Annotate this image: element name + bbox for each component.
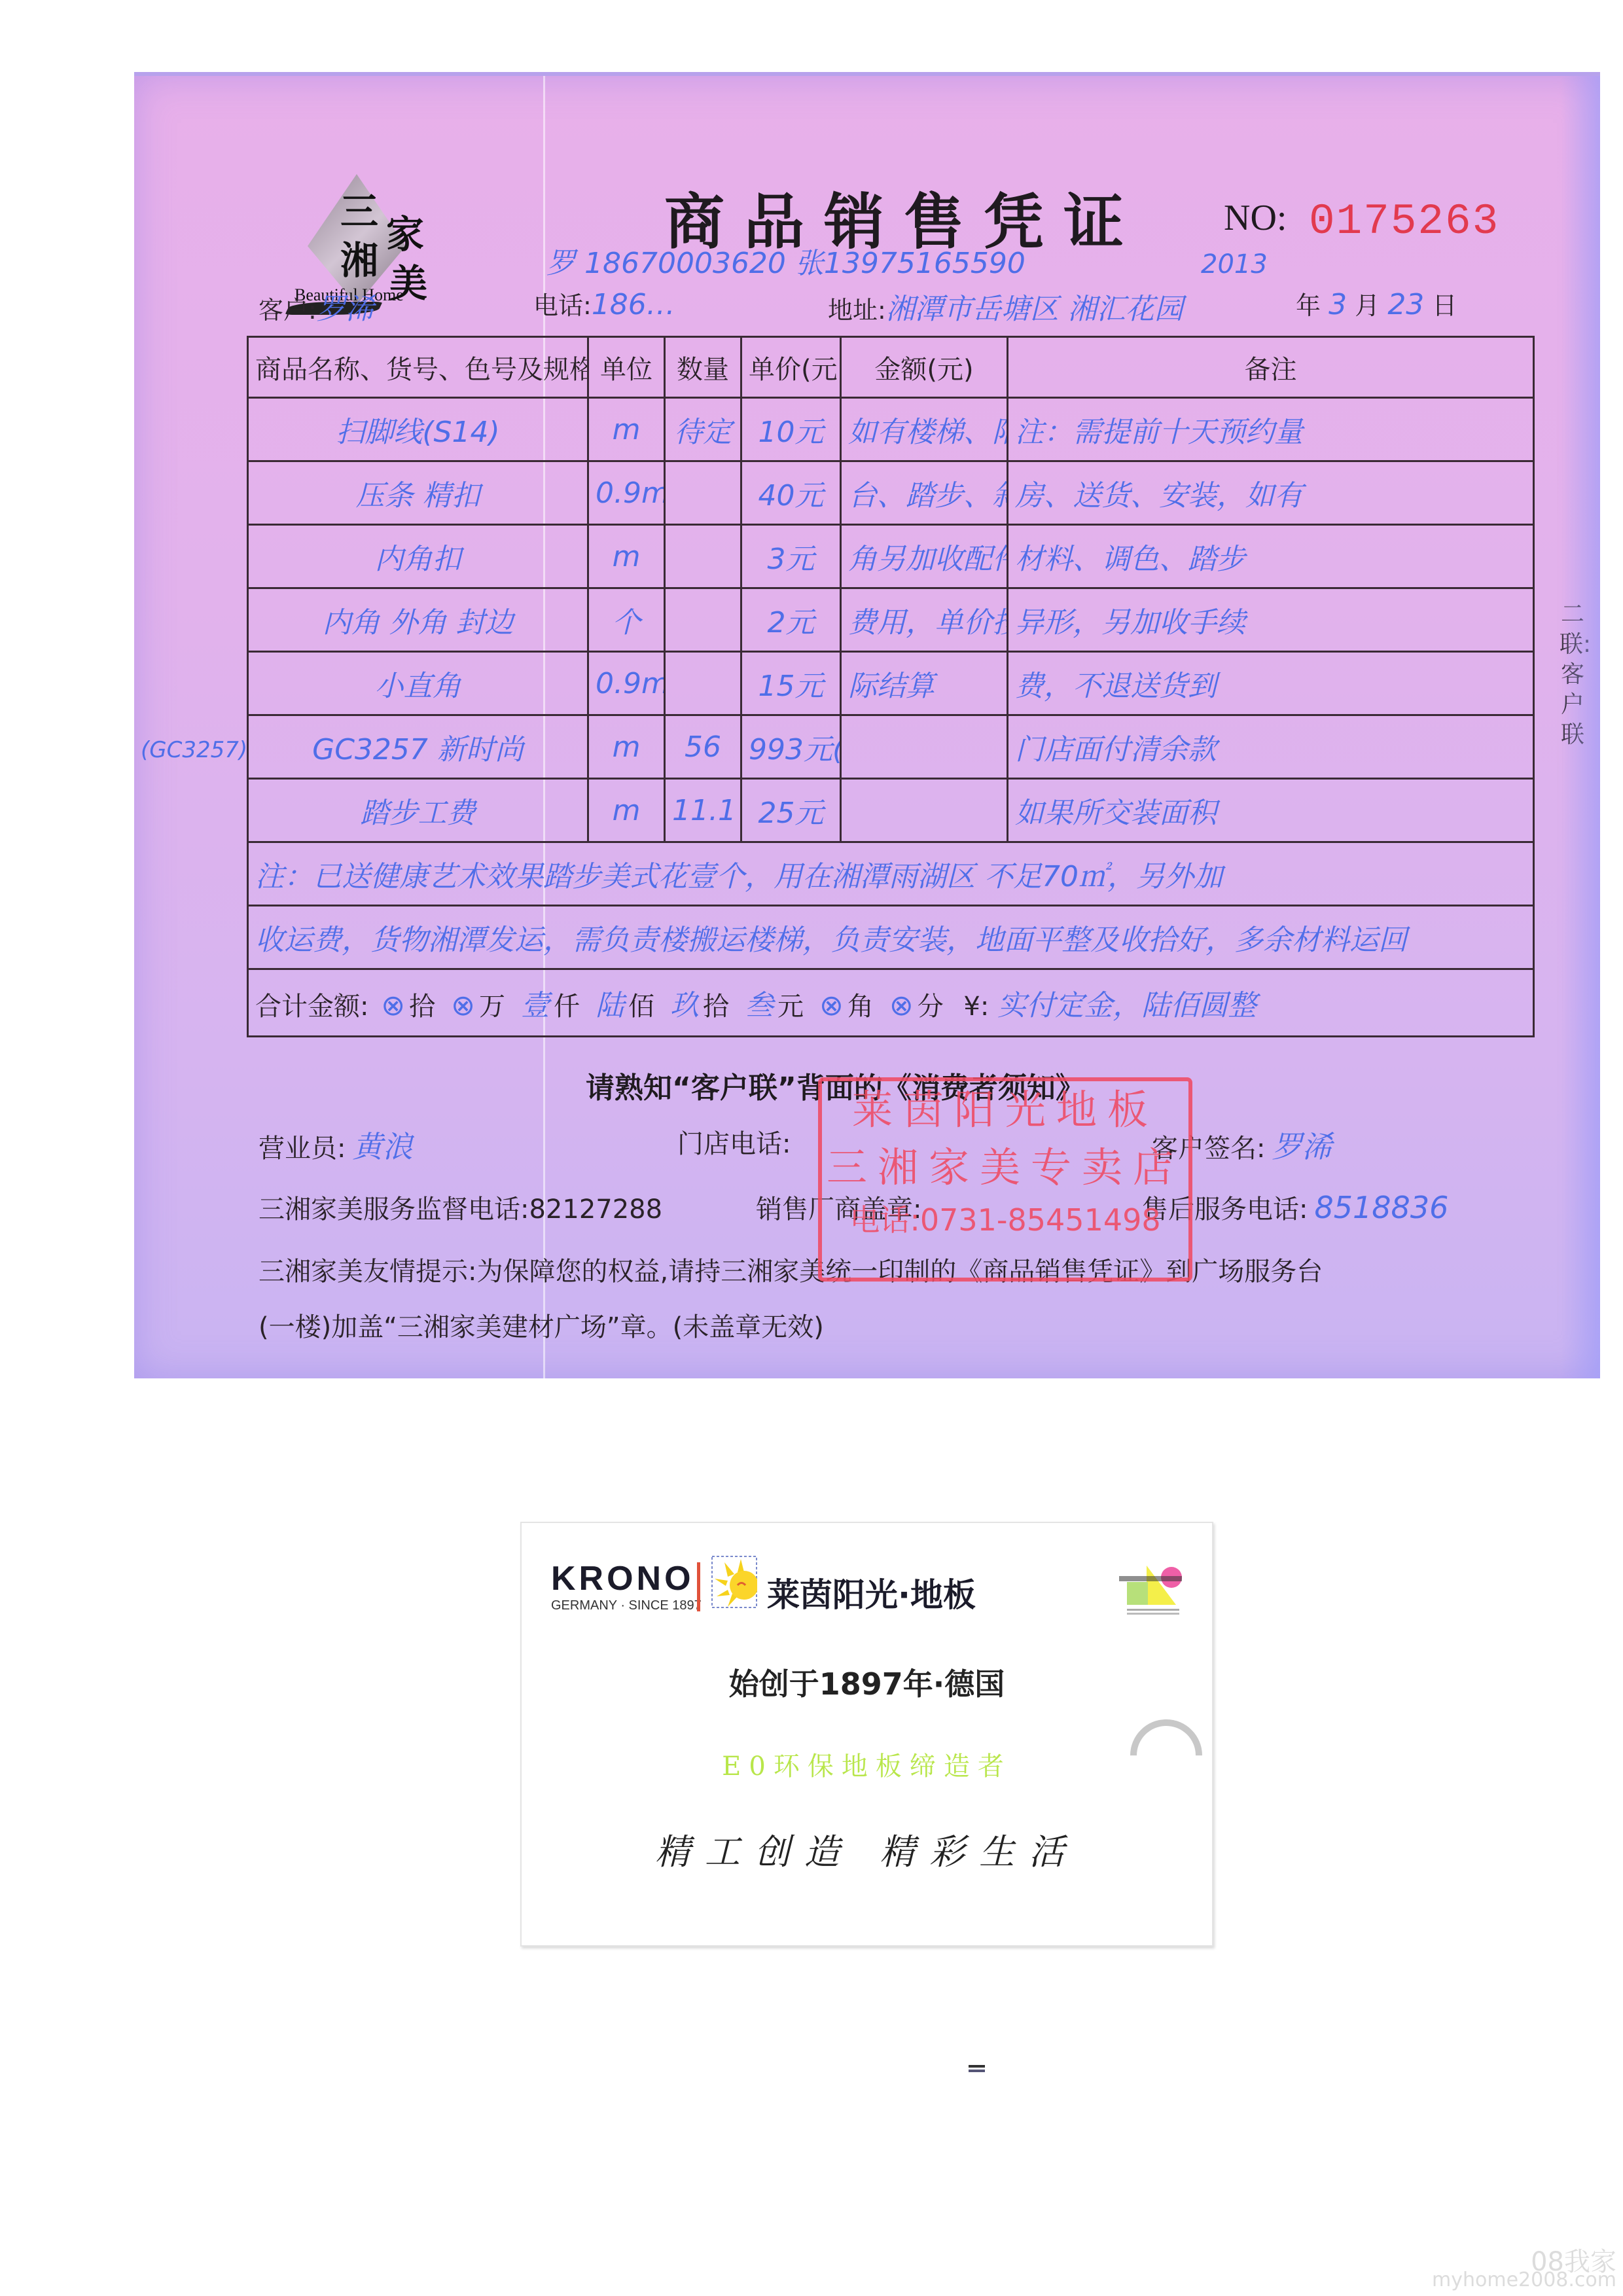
phone-value: 186… xyxy=(592,288,675,321)
cell-name: 压条 精扣 xyxy=(248,461,588,525)
cell-qty: 11.1 xyxy=(665,779,741,842)
total-amount-in-words: ⊗拾⊗万壹仟陆佰玖拾叁元⊗角⊗分 xyxy=(377,992,955,1022)
col-header-amount: 金额(元) xyxy=(841,337,1008,398)
salesperson-field: 营业员:黄浪 xyxy=(259,1123,412,1166)
cell-price: 15元 xyxy=(741,652,841,715)
customer-signature: 罗浠 xyxy=(1272,1129,1332,1164)
address-field: 地址:湘潭市岳塘区 湘汇花园 xyxy=(828,285,1183,327)
decorative-arc-icon xyxy=(1115,1704,1217,1806)
total-unit-label: 仟 xyxy=(554,992,580,1022)
scan-mark xyxy=(969,2065,985,2068)
col-header-price: 单价(元) xyxy=(741,337,841,398)
cell-name: 小直角 xyxy=(248,652,588,715)
sun-icon xyxy=(711,1556,757,1608)
cell-amount xyxy=(841,715,1008,779)
cell-unit: 个 xyxy=(588,588,665,652)
cell-price: 2元 xyxy=(741,588,841,652)
copy-label: 二联:客户联 xyxy=(1560,600,1586,750)
address-value: 湘潭市岳塘区 湘汇花园 xyxy=(886,293,1183,326)
watermark-domain: myhome2008.com xyxy=(1432,2271,1616,2289)
brand-divider xyxy=(697,1562,700,1611)
total-unit-label: 分 xyxy=(918,992,944,1022)
total-digit: 陆 xyxy=(596,989,624,1022)
col-header-name: 商品名称、货号、色号及规格 xyxy=(248,337,588,398)
total-digit: 叁 xyxy=(745,989,774,1022)
cell-remark: 材料、调色、踏步 xyxy=(1008,525,1534,588)
note-row: 注：已送健康艺术效果踏步美式花壹个，用在湘潭雨湖区 不足70㎡，另外加 xyxy=(248,842,1534,906)
address-label: 地址: xyxy=(828,296,886,325)
total-unit-label: 元 xyxy=(777,992,804,1022)
cell-unit: m xyxy=(588,525,665,588)
cell-amount: 费用，单价按实 xyxy=(841,588,1008,652)
cell-remark: 异形，另加收手续 xyxy=(1008,588,1534,652)
table-row: 内角扣m3元角另加收配件材料、调色、踏步 xyxy=(248,525,1534,588)
logo-char: 湘 xyxy=(340,230,378,285)
store-phone-field: 门店电话: xyxy=(677,1123,791,1160)
cell-amount: 如有楼梯、阳 xyxy=(841,398,1008,461)
customer-value: 罗浠 xyxy=(317,293,374,326)
margin-note: (GC3257) xyxy=(141,737,247,763)
supervision-label: 三湘家美服务监督电话: xyxy=(259,1194,529,1225)
sales-table: 商品名称、货号、色号及规格 单位 数量 单价(元) 金额(元) 备注 扫脚线(S… xyxy=(247,336,1535,1037)
stamp-line-3: 电话:0731-85451498 xyxy=(822,1196,1188,1244)
cell-remark: 费，不退送货到 xyxy=(1008,652,1534,715)
salesperson-label: 营业员: xyxy=(259,1134,346,1164)
stamp-line-2: 三湘家美专卖店 xyxy=(822,1139,1188,1196)
day-label: 日 xyxy=(1432,291,1457,320)
cell-name: 踏步工费 xyxy=(248,779,588,842)
note-row: 收运费，货物湘潭发运，需负责楼搬运楼梯，负责安装，地面平整及收拾好，多余材料运回 xyxy=(248,906,1534,969)
total-unit-label: 佰 xyxy=(628,992,654,1022)
total-digit: ⊗ xyxy=(889,989,914,1022)
cell-remark: 门店面付清余款 xyxy=(1008,715,1534,779)
note-line: 收运费，货物湘潭发运，需负责楼搬运楼梯，负责安装，地面平整及收拾好，多余材料运回 xyxy=(248,906,1534,969)
date-field: 年 3 月 23 日 xyxy=(1296,285,1457,321)
eco-slogan: E0环保地板缔造者 xyxy=(522,1746,1212,1783)
supervision-phone-field: 三湘家美服务监督电话:82127288 xyxy=(259,1189,662,1226)
cell-qty xyxy=(665,525,741,588)
cell-unit: m xyxy=(588,779,665,842)
quality-badge-icon xyxy=(1114,1566,1186,1618)
total-digit: ⊗ xyxy=(381,989,405,1022)
cell-name: 内角扣 xyxy=(248,525,588,588)
sales-receipt: 三 湘 家 美 Beautiful Home 商品销售凭证 NO: 017526… xyxy=(134,72,1600,1378)
table-row: 小直角0.9m15元际结算费，不退送货到 xyxy=(248,652,1534,715)
table-header-row: 商品名称、货号、色号及规格 单位 数量 单价(元) 金额(元) 备注 xyxy=(248,337,1534,398)
supervision-phone: 82127288 xyxy=(529,1194,662,1225)
business-card: KRONO GERMANY · SINCE 1897 莱茵阳光·地板 始创于18… xyxy=(520,1522,1213,1946)
table-row: 压条 精扣0.9m40元台、踏步、斜房、送货、安装，如有 xyxy=(248,461,1534,525)
table-row: 扫脚线(S14)m待定10元如有楼梯、阳注：需提前十天预约量 xyxy=(248,398,1534,461)
cell-unit: m xyxy=(588,398,665,461)
month-label: 月 xyxy=(1355,291,1380,320)
handwritten-contacts: 罗 18670003620 张13975165590 xyxy=(546,240,1026,281)
table-row: 内角 外角 封边个2元费用，单价按实异形，另加收手续 xyxy=(248,588,1534,652)
logo-char: 家 xyxy=(386,204,424,259)
total-row: 合计金额: ⊗拾⊗万壹仟陆佰玖拾叁元⊗角⊗分 ¥: 实付定金，陆佰圆整 xyxy=(248,969,1534,1037)
brand-logo: KRONO xyxy=(551,1559,694,1598)
total-unit-label: 角 xyxy=(847,992,874,1022)
friendly-tip-line-2: (一楼)加盖“三湘家美建材广场”章。(未盖章无效) xyxy=(259,1306,824,1344)
deposit-note: 实付定金，陆佰圆整 xyxy=(997,989,1257,1022)
cell-price: 25元 xyxy=(741,779,841,842)
customer-field: 客户:罗浠 xyxy=(259,285,374,327)
total-unit-label: 拾 xyxy=(409,992,435,1022)
store-phone-label: 门店电话: xyxy=(677,1129,791,1159)
total-cell: 合计金额: ⊗拾⊗万壹仟陆佰玖拾叁元⊗角⊗分 ¥: 实付定金，陆佰圆整 xyxy=(248,969,1534,1037)
cell-unit: m xyxy=(588,715,665,779)
cell-amount: 台、踏步、斜 xyxy=(841,461,1008,525)
day-value: 23 xyxy=(1387,288,1424,321)
total-digit: 玖 xyxy=(670,989,699,1022)
cell-remark: 如果所交装面积 xyxy=(1008,779,1534,842)
customer-label: 客户: xyxy=(259,296,317,325)
currency-label: ¥: xyxy=(963,992,989,1022)
cell-price: 993元(总包) xyxy=(741,715,841,779)
founding-slogan: 始创于1897年·德国 xyxy=(522,1660,1212,1704)
cell-price: 10元 xyxy=(741,398,841,461)
receipt-number-label: NO: xyxy=(1224,197,1287,239)
total-digit: 壹 xyxy=(521,989,550,1022)
cell-amount xyxy=(841,779,1008,842)
logo-char: 三 xyxy=(340,181,378,236)
cell-qty: 56 xyxy=(665,715,741,779)
cell-amount: 角另加收配件 xyxy=(841,525,1008,588)
cell-remark: 注：需提前十天预约量 xyxy=(1008,398,1534,461)
brand-chinese-name: 莱茵阳光·地板 xyxy=(767,1569,976,1616)
craft-slogan: 精工创造 精彩生活 xyxy=(522,1824,1212,1874)
red-seal-stamp: 莱茵阳光地板 三湘家美专卖店 电话:0731-85451498 xyxy=(818,1077,1192,1282)
cell-unit: 0.9m xyxy=(588,652,665,715)
col-header-unit: 单位 xyxy=(588,337,665,398)
cell-qty xyxy=(665,652,741,715)
col-header-remark: 备注 xyxy=(1008,337,1534,398)
cell-name: 扫脚线(S14) xyxy=(248,398,588,461)
cell-qty: 待定 xyxy=(665,398,741,461)
phone-field: 电话:186… xyxy=(533,285,675,321)
cell-unit: 0.9m xyxy=(588,461,665,525)
cell-name: GC3257 新时尚 xyxy=(248,715,588,779)
total-unit-label: 万 xyxy=(479,992,505,1022)
table-row: GC3257 新时尚m56993元(总包)门店面付清余款 xyxy=(248,715,1534,779)
salesperson-signature: 黄浪 xyxy=(352,1129,412,1164)
cell-price: 3元 xyxy=(741,525,841,588)
cell-amount: 际结算 xyxy=(841,652,1008,715)
phone-label: 电话: xyxy=(533,291,592,320)
total-label: 合计金额: xyxy=(255,992,368,1022)
year-label: 年 xyxy=(1296,291,1321,320)
total-unit-label: 拾 xyxy=(703,992,729,1022)
cell-qty xyxy=(665,588,741,652)
receipt-number: 0175263 xyxy=(1309,197,1499,246)
total-digit: ⊗ xyxy=(819,989,844,1022)
stamp-line-1: 莱茵阳光地板 xyxy=(822,1081,1188,1139)
total-digit: ⊗ xyxy=(451,989,475,1022)
table-row: 踏步工费m11.125元如果所交装面积 xyxy=(248,779,1534,842)
brand-tagline: GERMANY · SINCE 1897 xyxy=(551,1598,702,1613)
handwritten-year: 2013 xyxy=(1201,249,1268,279)
cell-name: 内角 外角 封边 xyxy=(248,588,588,652)
col-header-qty: 数量 xyxy=(665,337,741,398)
after-sales-phone: 8518836 xyxy=(1314,1190,1448,1225)
site-watermark: 08我家 myhome2008.com xyxy=(1432,2253,1616,2289)
cell-price: 40元 xyxy=(741,461,841,525)
cell-remark: 房、送货、安装，如有 xyxy=(1008,461,1534,525)
month-value: 3 xyxy=(1329,288,1347,321)
note-line: 注：已送健康艺术效果踏步美式花壹个，用在湘潭雨湖区 不足70㎡，另外加 xyxy=(248,842,1534,906)
cell-qty xyxy=(665,461,741,525)
